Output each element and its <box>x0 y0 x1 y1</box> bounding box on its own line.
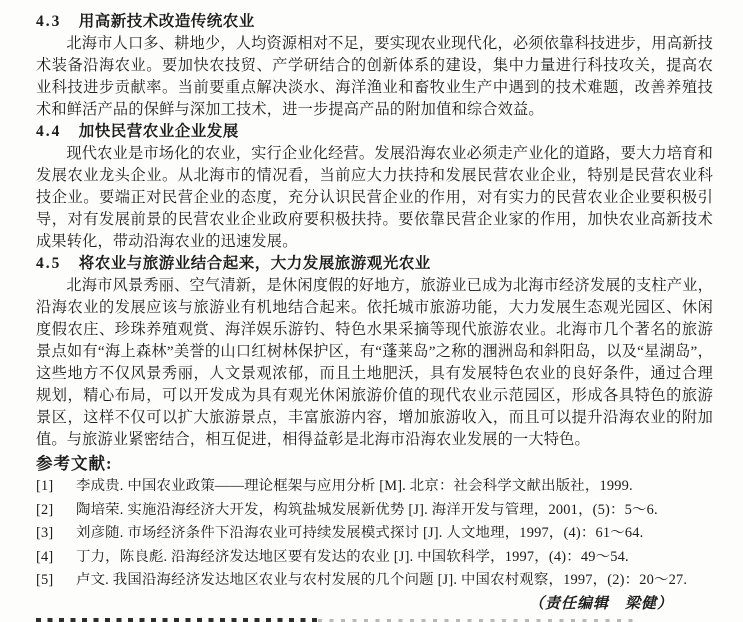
reference-label: [5] <box>36 569 76 593</box>
section-paragraph: 北海市人口多、耕地少，人均资源相对不足，要实现农业现代化，必须依靠科技进步，用高… <box>36 33 713 121</box>
references-list: [1] 李成贵. 中国农业政策——理论框架与应用分析 [M]. 北京：社会科学文… <box>36 475 713 593</box>
cropped-fragment-dark <box>36 618 318 622</box>
section-4-4: 4.4 加快民营农业企业发展 现代农业是市场化的农业，实行企业化经营。发展沿海农… <box>36 121 713 253</box>
references-heading: 参考文献: <box>36 452 713 475</box>
section-number: 4.4 <box>36 121 61 143</box>
cropped-fragment-light <box>318 619 638 622</box>
reference-text: 卢文. 我国沿海经济发达地区农业与农村发展的几个问题 [J]. 中国农村观察，1… <box>76 569 713 593</box>
reference-label: [1] <box>36 475 76 499</box>
cropped-text-fragments <box>36 617 713 622</box>
reference-text: 李成贵. 中国农业政策——理论框架与应用分析 [M]. 北京：社会科学文献出版社… <box>76 475 713 499</box>
section-4-3: 4.3 用高新技术改造传统农业 北海市人口多、耕地少，人均资源相对不足，要实现农… <box>36 11 713 121</box>
reference-text: 陶培荣. 实施沿海经济大开发，构筑盐城发展新优势 [J]. 海洋开发与管理，20… <box>76 499 713 523</box>
reference-label: [2] <box>36 499 76 523</box>
reference-text: 丁力，陈良彪. 沿海经济发达地区要有发达的农业 [J]. 中国软科学，1997，… <box>76 546 713 570</box>
reference-item: [3] 刘彦随. 市场经济条件下沿海农业可持续发展模式探讨 [J]. 人文地理，… <box>36 522 713 546</box>
section-title: 用高新技术改造传统农业 <box>79 13 255 30</box>
section-heading-4-3: 4.3 用高新技术改造传统农业 <box>36 11 713 33</box>
reference-item: [4] 丁力，陈良彪. 沿海经济发达地区要有发达的农业 [J]. 中国软科学，1… <box>36 546 713 570</box>
section-number: 4.5 <box>36 253 61 275</box>
editor-credit: （责任编辑 梁健） <box>36 593 713 616</box>
section-number: 4.3 <box>36 11 61 33</box>
reference-item: [5] 卢文. 我国沿海经济发达地区农业与农村发展的几个问题 [J]. 中国农村… <box>36 569 713 593</box>
reference-text: 刘彦随. 市场经济条件下沿海农业可持续发展模式探讨 [J]. 人文地理，1997… <box>76 522 713 546</box>
section-title: 将农业与旅游业结合起来，大力发展旅游观光农业 <box>79 255 431 272</box>
reference-label: [3] <box>36 522 76 546</box>
section-title: 加快民营农业企业发展 <box>79 123 239 140</box>
references-section: 参考文献: [1] 李成贵. 中国农业政策——理论框架与应用分析 [M]. 北京… <box>36 452 713 593</box>
section-heading-4-5: 4.5 将农业与旅游业结合起来，大力发展旅游观光农业 <box>36 253 713 275</box>
reference-item: [1] 李成贵. 中国农业政策——理论框架与应用分析 [M]. 北京：社会科学文… <box>36 475 713 499</box>
journal-article-page: 4.3 用高新技术改造传统农业 北海市人口多、耕地少，人均资源相对不足，要实现农… <box>0 0 743 622</box>
reference-item: [2] 陶培荣. 实施沿海经济大开发，构筑盐城发展新优势 [J]. 海洋开发与管… <box>36 499 713 523</box>
section-paragraph: 现代农业是市场化的农业，实行企业化经营。发展沿海农业必须走产业化的道路，要大力培… <box>36 143 713 253</box>
section-paragraph: 北海市风景秀丽、空气清新，是休闲度假的好地方，旅游业已成为北海市经济发展的支柱产… <box>36 275 713 451</box>
section-heading-4-4: 4.4 加快民营农业企业发展 <box>36 121 713 143</box>
section-4-5: 4.5 将农业与旅游业结合起来，大力发展旅游观光农业 北海市风景秀丽、空气清新，… <box>36 253 713 451</box>
reference-label: [4] <box>36 546 76 570</box>
